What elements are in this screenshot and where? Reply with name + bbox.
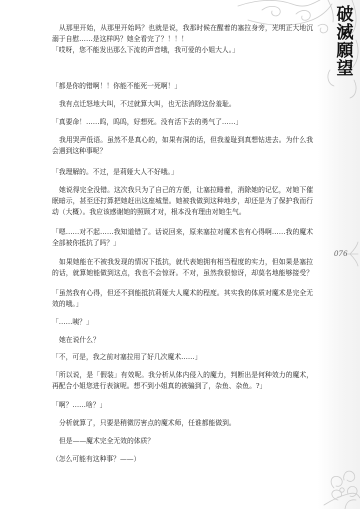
title-char: 滅 xyxy=(335,24,355,42)
title-char: 望 xyxy=(335,60,355,78)
paragraph-narration: 我有点迁怒地大叫，不过就算大叫，也无法消除这份羞耻。 xyxy=(52,99,313,110)
paragraph-thought: （怎么可能有这种事？——） xyxy=(52,454,313,465)
paragraph-dialogue: 「都是你的错啊！！你能不能死一死啊！」 xyxy=(52,81,313,92)
paragraph-dialogue: 「哎呀，您不能发出那么下流的声音哦，我可爱的小姐大人。」 xyxy=(52,45,313,56)
text-line: 动（大概）。我应该感谢她的照顾才对，根本没有理由对她生气。 xyxy=(52,207,313,218)
paragraph-dialogue: 「啊？……啥？」 xyxy=(52,400,313,411)
paragraph-dialogue: 「真要命！……呜，呜呜，好想死。没有活下去的勇气了……」 xyxy=(52,117,313,128)
text-line: 会遇到这种事呢？ xyxy=(52,146,313,157)
text-line: （怎么可能有这种事？——） xyxy=(52,454,313,465)
paragraph-dialogue: 「不，可是，我之前对塞拉用了好几次魔术……」 xyxy=(52,352,313,363)
text-line: 「嗯……对不起……我知道错了。话说回来，原来塞拉对魔术也有心得啊……我的魔术 xyxy=(52,227,313,238)
text-line: 她说得完全没错。这次我只为了自己的方便，让塞拉睡着，消除她的记忆，对她下催 xyxy=(52,185,313,196)
paragraph-dialogue: 「……咦？」 xyxy=(52,317,313,328)
paragraph-narration: 如果她能在不被我发现的情况下抵抗，就代表她拥有相当程度的实力，但如果是塞拉 的话… xyxy=(52,257,313,279)
text-line: 分析就算了，只要是稍微厉害点的魔术师，任谁都能做到。 xyxy=(52,418,313,429)
text-line: 的话，就算她能做到这点，我也不会惊讶。不对，虽然我很惊讶，却莫名地能够接受？ xyxy=(52,268,313,279)
book-title-vertical: 破 滅 願 望 xyxy=(335,6,355,78)
text-line: 「虽然我有心得，但还不到能抵抗莉娅大人魔术的程度。其实我的体质对魔术是完全无 xyxy=(52,288,313,299)
text-line: 效的哦。」 xyxy=(52,299,313,310)
paragraph-narration: 她说得完全没错。这次我只为了自己的方便，让塞拉睡着，消除她的记忆，对她下催 眠暗… xyxy=(52,185,313,217)
text-line: 她在说什么？ xyxy=(52,335,313,346)
text-line: 「哎呀，您不能发出那么下流的声音哦，我可爱的小姐大人。」 xyxy=(52,45,313,56)
text-line: 我用哭声低语。虽然不是真心的，如果有洞的话，但我羞耻到真想钻进去。为什么我 xyxy=(52,135,313,146)
text-line: 「所以说，是「假装」有效呢。我分析从体内侵入的魔力，判断出是何种效力的魔术， xyxy=(52,370,313,381)
page-number: 076 xyxy=(334,248,348,258)
text-line: 再配合小姐您进行表演呢。想不到小姐真的被骗到了，杂鱼、杂鱼。?」 xyxy=(52,381,313,392)
text-line: 全部被你抵抗了吗？」 xyxy=(52,238,313,249)
text-line: 溺于自慰……是这样吗？她全看完了？！！！ xyxy=(52,34,313,45)
floral-swirl-ornament-icon xyxy=(0,0,360,509)
text-line: 但是——魔术完全无效的体质？ xyxy=(52,436,313,447)
paragraph-dialogue: 「所以说，是「假装」有效呢。我分析从体内侵入的魔力，判断出是何种效力的魔术， 再… xyxy=(52,370,313,392)
paragraph-dialogue: 「我理解的。不过，是莉娅大人不好哦。」 xyxy=(52,167,313,178)
paragraph-narration: 但是——魔术完全无效的体质？ xyxy=(52,436,313,447)
text-line: 「啊？……啥？」 xyxy=(52,400,313,411)
text-line: 「我理解的。不过，是莉娅大人不好哦。」 xyxy=(52,167,313,178)
text-line: 「……咦？」 xyxy=(52,317,313,328)
paragraph-narration: 从那里开始，从那里开始吗？也就是说，我那时候在醒着的塞拉身旁，光明正大地沉 溺于… xyxy=(52,23,313,45)
title-char: 破 xyxy=(335,6,355,24)
text-line: 「不，可是，我之前对塞拉用了好几次魔术……」 xyxy=(52,352,313,363)
paragraph-narration: 她在说什么？ xyxy=(52,335,313,346)
text-line: 眠暗示，甚至还打算把她赶出这座城堡。她被我做到这种地步，却还是为了保护我而行 xyxy=(52,196,313,207)
text-line: 如果她能在不被我发现的情况下抵抗，就代表她拥有相当程度的实力，但如果是塞拉 xyxy=(52,257,313,268)
text-line: 「都是你的错啊！！你能不能死一死啊！」 xyxy=(52,81,313,92)
title-char: 願 xyxy=(335,42,355,60)
paragraph-narration: 分析就算了，只要是稍微厉害点的魔术师，任谁都能做到。 xyxy=(52,418,313,429)
paragraph-narration: 我用哭声低语。虽然不是真心的，如果有洞的话，但我羞耻到真想钻进去。为什么我 会遇… xyxy=(52,135,313,157)
text-line: 我有点迁怒地大叫，不过就算大叫，也无法消除这份羞耻。 xyxy=(52,99,313,110)
text-line: 从那里开始，从那里开始吗？也就是说，我那时候在醒着的塞拉身旁，光明正大地沉 xyxy=(52,23,313,34)
text-line: 「真要命！……呜，呜呜，好想死。没有活下去的勇气了……」 xyxy=(52,117,313,128)
paragraph-dialogue: 「嗯……对不起……我知道错了。话说回来，原来塞拉对魔术也有心得啊……我的魔术 全… xyxy=(52,227,313,249)
paragraph-dialogue: 「虽然我有心得，但还不到能抵抗莉娅大人魔术的程度。其实我的体质对魔术是完全无 效… xyxy=(52,288,313,310)
